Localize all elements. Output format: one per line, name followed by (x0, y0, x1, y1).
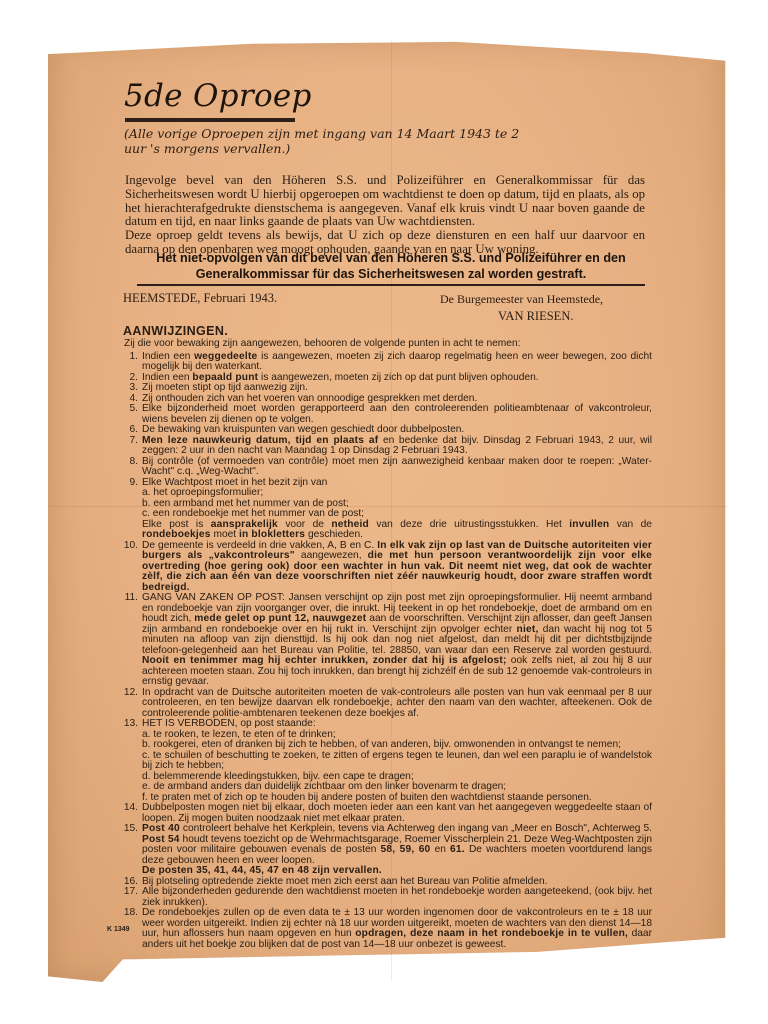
list-item: 17.Alle bijzonderheden gedurende den wac… (122, 887, 652, 908)
document-title: 5de Oproep (124, 78, 312, 114)
list-item: 7.Men leze nauwkeurig datum, tijd en pla… (122, 436, 652, 457)
document-subtitle: (Alle vorige Oproepen zijn met ingang va… (124, 126, 544, 156)
list-item: 10.De gemeente is verdeeld in drie vakke… (122, 541, 652, 594)
list-item: 18.De rondeboekjes zullen op de even dat… (122, 908, 652, 950)
signature-name: VAN RIESEN. (440, 309, 650, 324)
print-reference: K 1349 (107, 926, 130, 933)
list-item: 9. Elke Wachtpost moet in het bezit zijn… (122, 478, 652, 541)
list-item: 14.Dubbelposten mogen niet bij elkaar, d… (122, 803, 652, 824)
document-content: 5de Oproep (Alle vorige Oproepen zijn me… (0, 0, 768, 1024)
intro-paragraph-1: Ingevolge bevel van den Höheren S.S. und… (125, 174, 645, 229)
instructions-list: Zij die voor bewaking zijn aangewezen, b… (122, 339, 652, 950)
list-item: 15.Post 40 controleert behalve het Kerkp… (122, 824, 652, 877)
place-date: HEEMSTEDE, Februari 1943. (123, 291, 277, 306)
warning-notice: Het niet-opvolgen van dit bevel van den … (137, 250, 645, 286)
intro-text: Ingevolge bevel van den Höheren S.S. und… (125, 174, 645, 257)
list-item: 3.Zij moeten stipt op tijd aanwezig zijn… (122, 383, 652, 394)
signature-block: De Burgemeester van Heemstede, VAN RIESE… (440, 292, 650, 324)
list-item: 5.Elke bijzonderheid moet worden gerappo… (122, 404, 652, 425)
list-item: 8.Bij contrôle (of vermoeden van contrôl… (122, 457, 652, 478)
signature-title: De Burgemeester van Heemstede, (440, 292, 603, 306)
list-item: 1.Indien een weggedeelte is aangewezen, … (122, 352, 652, 373)
title-underline (125, 118, 295, 122)
list-item: 11.GANG VAN ZAKEN OP POST: Jansen versch… (122, 593, 652, 688)
instructions-lead: Zij die voor bewaking zijn aangewezen, b… (124, 339, 652, 350)
list-item: 12.In opdracht van de Duitsche autoritei… (122, 688, 652, 720)
list-item: 13. HET IS VERBODEN, op post staande: a.… (122, 719, 652, 803)
section-heading: AANWIJZINGEN. (123, 324, 228, 338)
